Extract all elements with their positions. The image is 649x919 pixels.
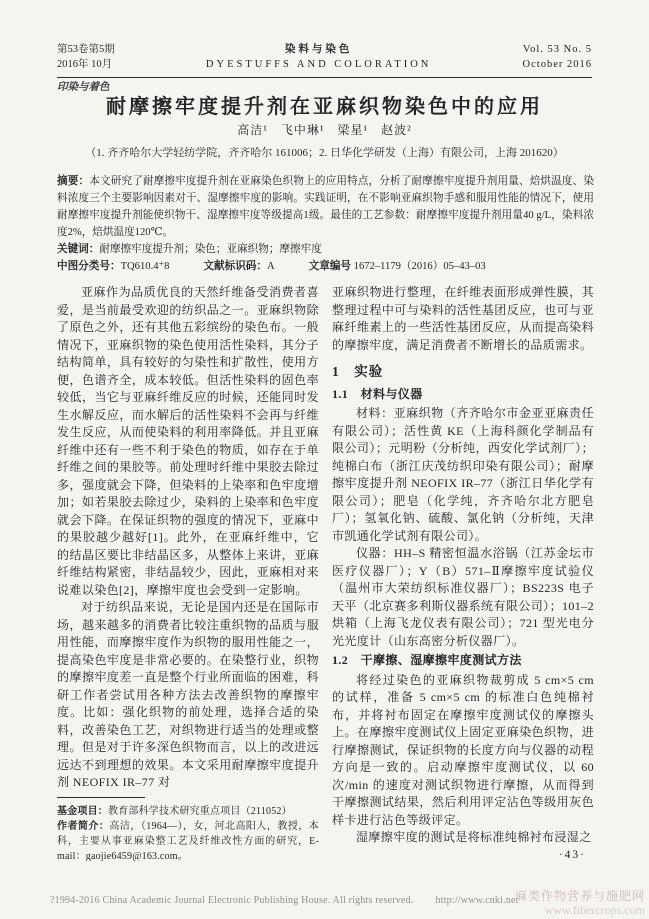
article-title: 耐摩擦牢度提升剂在亚麻织物染色中的应用 [0,90,649,119]
clc-segment: 中图分类号：TQ610.4⁺8 [57,259,169,276]
abstract-body: 本文研究了耐摩擦牢度提升剂在亚麻染色织物上的应用特点，分析了耐摩擦牢度提升剂用量… [57,176,594,238]
header-divider [57,77,592,78]
right-column-text: 亚麻织物进行整理，在纤维表面形成弹性膜，其整理过程中可与染料的活性基团反应，也可… [332,284,594,847]
keywords-body: 耐摩擦牢度提升剂；染色；亚麻织物；摩擦牢度 [99,244,321,255]
right-column: 亚麻织物进行整理，在纤维表面形成弹性膜，其整理过程中可与染料的活性基团反应，也可… [332,284,594,861]
section-heading-1: 1 实验 [332,363,594,381]
volume-issue-line: 第53卷第5期 [57,42,115,57]
header-vol-no: Vol. 53 No. 5 October 2016 [523,42,592,72]
journal-header: 第53卷第5期 2016年 10月 染料与染色 DYESTUFFS AND CO… [57,42,592,72]
intro-paragraph-1: 亚麻作为品质优良的天然纤维备受消费者喜爱，是当前最受欢迎的纺织品之一。亚麻织物除… [57,284,319,599]
keywords-label: 关键词： [57,244,99,255]
intro-paragraph-continued: 亚麻织物进行整理，在纤维表面形成弹性膜，其整理过程中可与染料的活性基团反应，也可… [332,284,594,354]
section-heading-1-2: 1.2 干摩擦、湿摩擦牢度测试方法 [332,652,594,670]
doc-code-segment: 文献标识码：A [203,259,274,276]
abstract-block: 摘要：本文研究了耐摩擦牢度提升剂在亚麻染色织物上的应用特点，分析了耐摩擦牢度提升… [57,174,594,275]
wet-test-paragraph: 湿摩擦牢度的测试是将标准纯棉衬布浸湿之 [332,829,594,847]
affiliation-line: （1. 齐齐哈尔大学轻纺学院，齐齐哈尔 161006；2. 日华化学研发（上海）… [0,144,649,160]
author-list: 高洁¹ 飞中琳¹ 梁星¹ 赵波² [0,121,649,138]
article-id-segment: 文章编号 1672–1179（2016）05–43–03 [309,259,486,276]
intro-paragraph-2: 对于纺织品来说，无论是国内还是在国际市场，越来越多的消费者比较注重织物的品质与服… [57,599,319,792]
journal-name-cn: 染料与染色 [206,42,431,57]
journal-page: 第53卷第5期 2016年 10月 染料与染色 DYESTUFFS AND CO… [0,0,649,919]
abstract-text: 摘要：本文研究了耐摩擦牢度提升剂在亚麻染色织物上的应用特点，分析了耐摩擦牢度提升… [57,174,594,242]
date-line-cn: 2016年 10月 [57,57,115,72]
left-column-text: 亚麻作为品质优良的天然纤维备受消费者喜爱，是当前最受欢迎的纺织品之一。亚麻织物除… [57,284,319,792]
site-watermark: 麻类作物营养与施肥网 www.fibercrops.com [515,889,645,917]
section-heading-1-1: 1.1 材料与仪器 [332,386,594,404]
cnki-url: http://www.cnki.net [435,895,518,906]
abstract-label: 摘要： [57,176,89,187]
footnote-divider [57,797,145,798]
classification-line: 中图分类号：TQ610.4⁺8 文献标识码：A 文章编号 1672–1179（2… [57,259,594,276]
page-number: ·43· [332,847,594,862]
journal-name-en: DYESTUFFS AND COLORATION [206,57,431,72]
cnki-copyright-footer: ?1994-2016 China Academic Journal Electr… [50,895,519,906]
vol-no-line: Vol. 53 No. 5 [523,42,592,57]
footnote-block: 基金项目：教育部科学技术研究重点项目（211052）作者简介：高洁，（1964—… [57,792,319,862]
instruments-paragraph: 仪器：HH–S 精密恒温水浴锅（江苏金坛市医疗仪器厂）；Y（B）571–Ⅱ摩擦牢… [332,545,594,650]
header-volume-issue: 第53卷第5期 2016年 10月 [57,42,115,72]
materials-paragraph: 材料：亚麻织物（齐齐哈尔市金亚亚麻责任有限公司）；活性黄 KE（上海科颜化学制品… [332,405,594,545]
date-line-en: October 2016 [523,57,592,72]
fund-note: 基金项目：教育部科学技术研究重点项目（211052） [57,804,319,819]
article-body: 亚麻作为品质优良的天然纤维备受消费者喜爱，是当前最受欢迎的纺织品之一。亚麻织物除… [57,284,594,861]
test-method-paragraph: 将经过染色的亚麻织物裁剪成 5 cm×5 cm 的试样，准备 5 cm×5 cm… [332,672,594,830]
watermark-site-name: 麻类作物营养与施肥网 [515,889,645,903]
copyright-text: ?1994-2016 China Academic Journal Electr… [50,895,413,906]
header-journal-name: 染料与染色 DYESTUFFS AND COLORATION [206,42,431,72]
watermark-site-url: www.fibercrops.com [515,903,645,917]
footnote-lines: 基金项目：教育部科学技术研究重点项目（211052）作者简介：高洁，（1964—… [57,804,319,862]
author-bio-note: 作者简介：高洁，（1964—），女，河北高阳人，教授，本科，主要从事亚麻染整工艺… [57,819,319,861]
keywords-line: 关键词：耐摩擦牢度提升剂；染色；亚麻织物；摩擦牢度 [57,242,594,259]
left-column: 亚麻作为品质优良的天然纤维备受消费者喜爱，是当前最受欢迎的纺织品之一。亚麻织物除… [57,284,319,861]
